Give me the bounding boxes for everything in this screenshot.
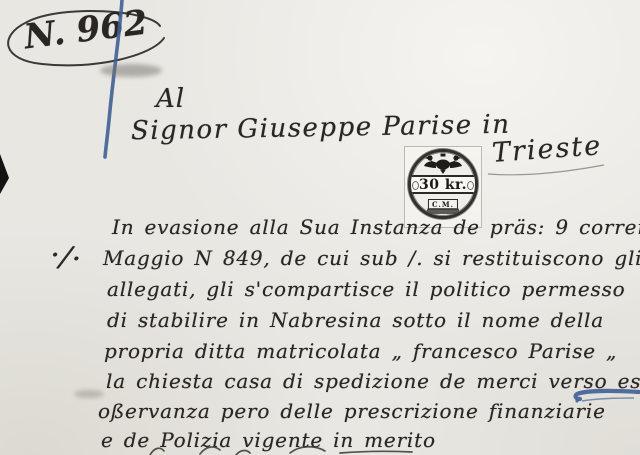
salutation: Al: [156, 84, 185, 114]
stamp-right-ornament: [467, 181, 474, 190]
cutoff-line-strokes: [140, 444, 420, 455]
document-page: N. 962 Al Signor Giuseppe Parise in Trie…: [0, 0, 640, 455]
stamp-emblem-circle: 30 kr. C.M.: [408, 149, 478, 219]
body-text-line: di stabilire in Nabresina sotto il nome …: [107, 308, 604, 332]
body-text-line: la chiesta casa di spedizione de merci v…: [106, 369, 640, 393]
addressee-line: Signor Giuseppe Parise in: [131, 110, 511, 147]
body-text-line: In evasione alla Sua Instanza de präs: 9…: [112, 215, 640, 239]
city-underline: [486, 164, 608, 178]
stamp-left-ornament: [412, 181, 419, 190]
stamp-bottom-ornament: [427, 208, 459, 214]
stamp-value: 30 kr.: [419, 177, 467, 193]
blue-horizontal-pen-stroke: [572, 386, 640, 406]
pencil-smudge-left: [74, 390, 104, 398]
blue-vertical-pen-stroke: [96, 0, 130, 162]
city-name: Trieste: [491, 130, 603, 169]
body-text-line: allegati, gli s'compartisce il politico …: [107, 277, 626, 301]
margin-reference-mark: ·/·: [47, 237, 85, 277]
stamp-value-band: 30 kr.: [411, 175, 475, 194]
pencil-smudge-top: [100, 64, 162, 77]
double-headed-eagle-icon: [423, 153, 463, 175]
body-text-line: oßervanza pero delle prescrizione finanz…: [98, 399, 606, 423]
body-text-line: Maggio N 849, de cui sub /. si restituis…: [103, 246, 640, 270]
edge-artifact-triangle: [0, 154, 9, 194]
body-text-line: propria ditta matricolata „ francesco Pa…: [104, 339, 617, 363]
